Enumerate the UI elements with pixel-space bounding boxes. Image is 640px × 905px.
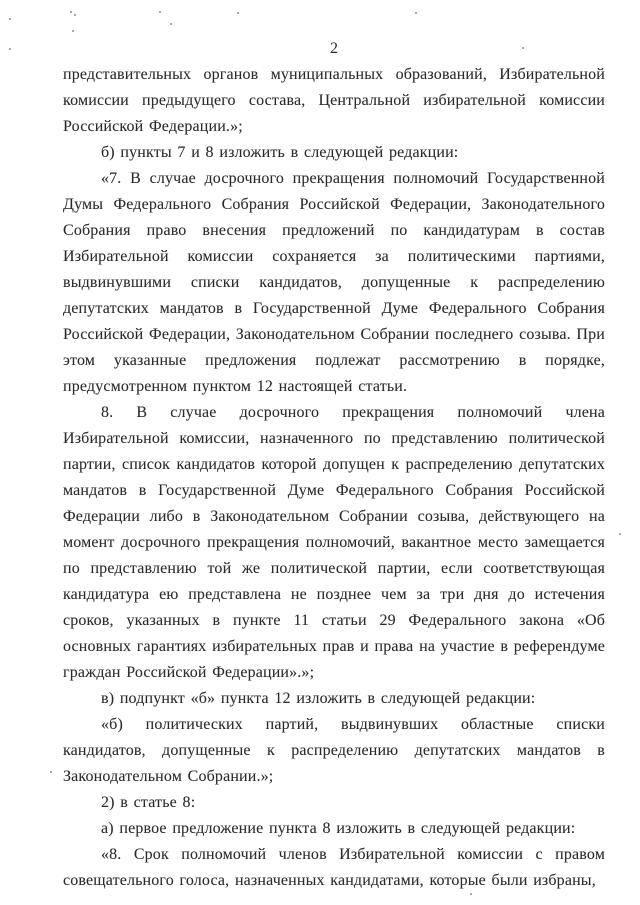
scan-speck — [9, 18, 11, 20]
scan-speck — [237, 12, 239, 14]
scan-speck — [74, 14, 76, 16]
paragraph-4: 8. В случае досрочного прекращения полно… — [63, 400, 605, 686]
paragraph-9: «8. Срок полномочий членов Избирательной… — [63, 842, 605, 894]
scan-speck — [619, 533, 621, 535]
paragraph-6: «б) политических партий, выдвинувших обл… — [63, 712, 605, 790]
paragraph-2: б) пункты 7 и 8 изложить в следующей ред… — [63, 140, 605, 166]
paragraph-5: в) подпункт «б» пункта 12 изложить в сле… — [63, 686, 605, 712]
scan-speck — [9, 48, 11, 50]
scan-speck — [159, 11, 161, 13]
scan-speck — [522, 47, 524, 49]
scan-speck — [50, 771, 52, 773]
scan-speck — [170, 23, 172, 25]
scan-speck — [470, 893, 472, 895]
paragraph-7: 2) в статье 8: — [63, 790, 605, 816]
paragraph-8: а) первое предложение пункта 8 изложить … — [63, 816, 605, 842]
paragraph-1: представительных органов муниципальных о… — [63, 62, 605, 140]
scanned-document-page: 2 представительных органов муниципальных… — [0, 0, 640, 905]
paragraph-3: «7. В случае досрочного прекращения полн… — [63, 166, 605, 400]
document-text: представительных органов муниципальных о… — [63, 62, 605, 894]
scan-speck — [415, 12, 417, 14]
scan-speck — [70, 11, 72, 13]
scan-speck — [72, 30, 74, 32]
page-number: 2 — [63, 36, 605, 62]
